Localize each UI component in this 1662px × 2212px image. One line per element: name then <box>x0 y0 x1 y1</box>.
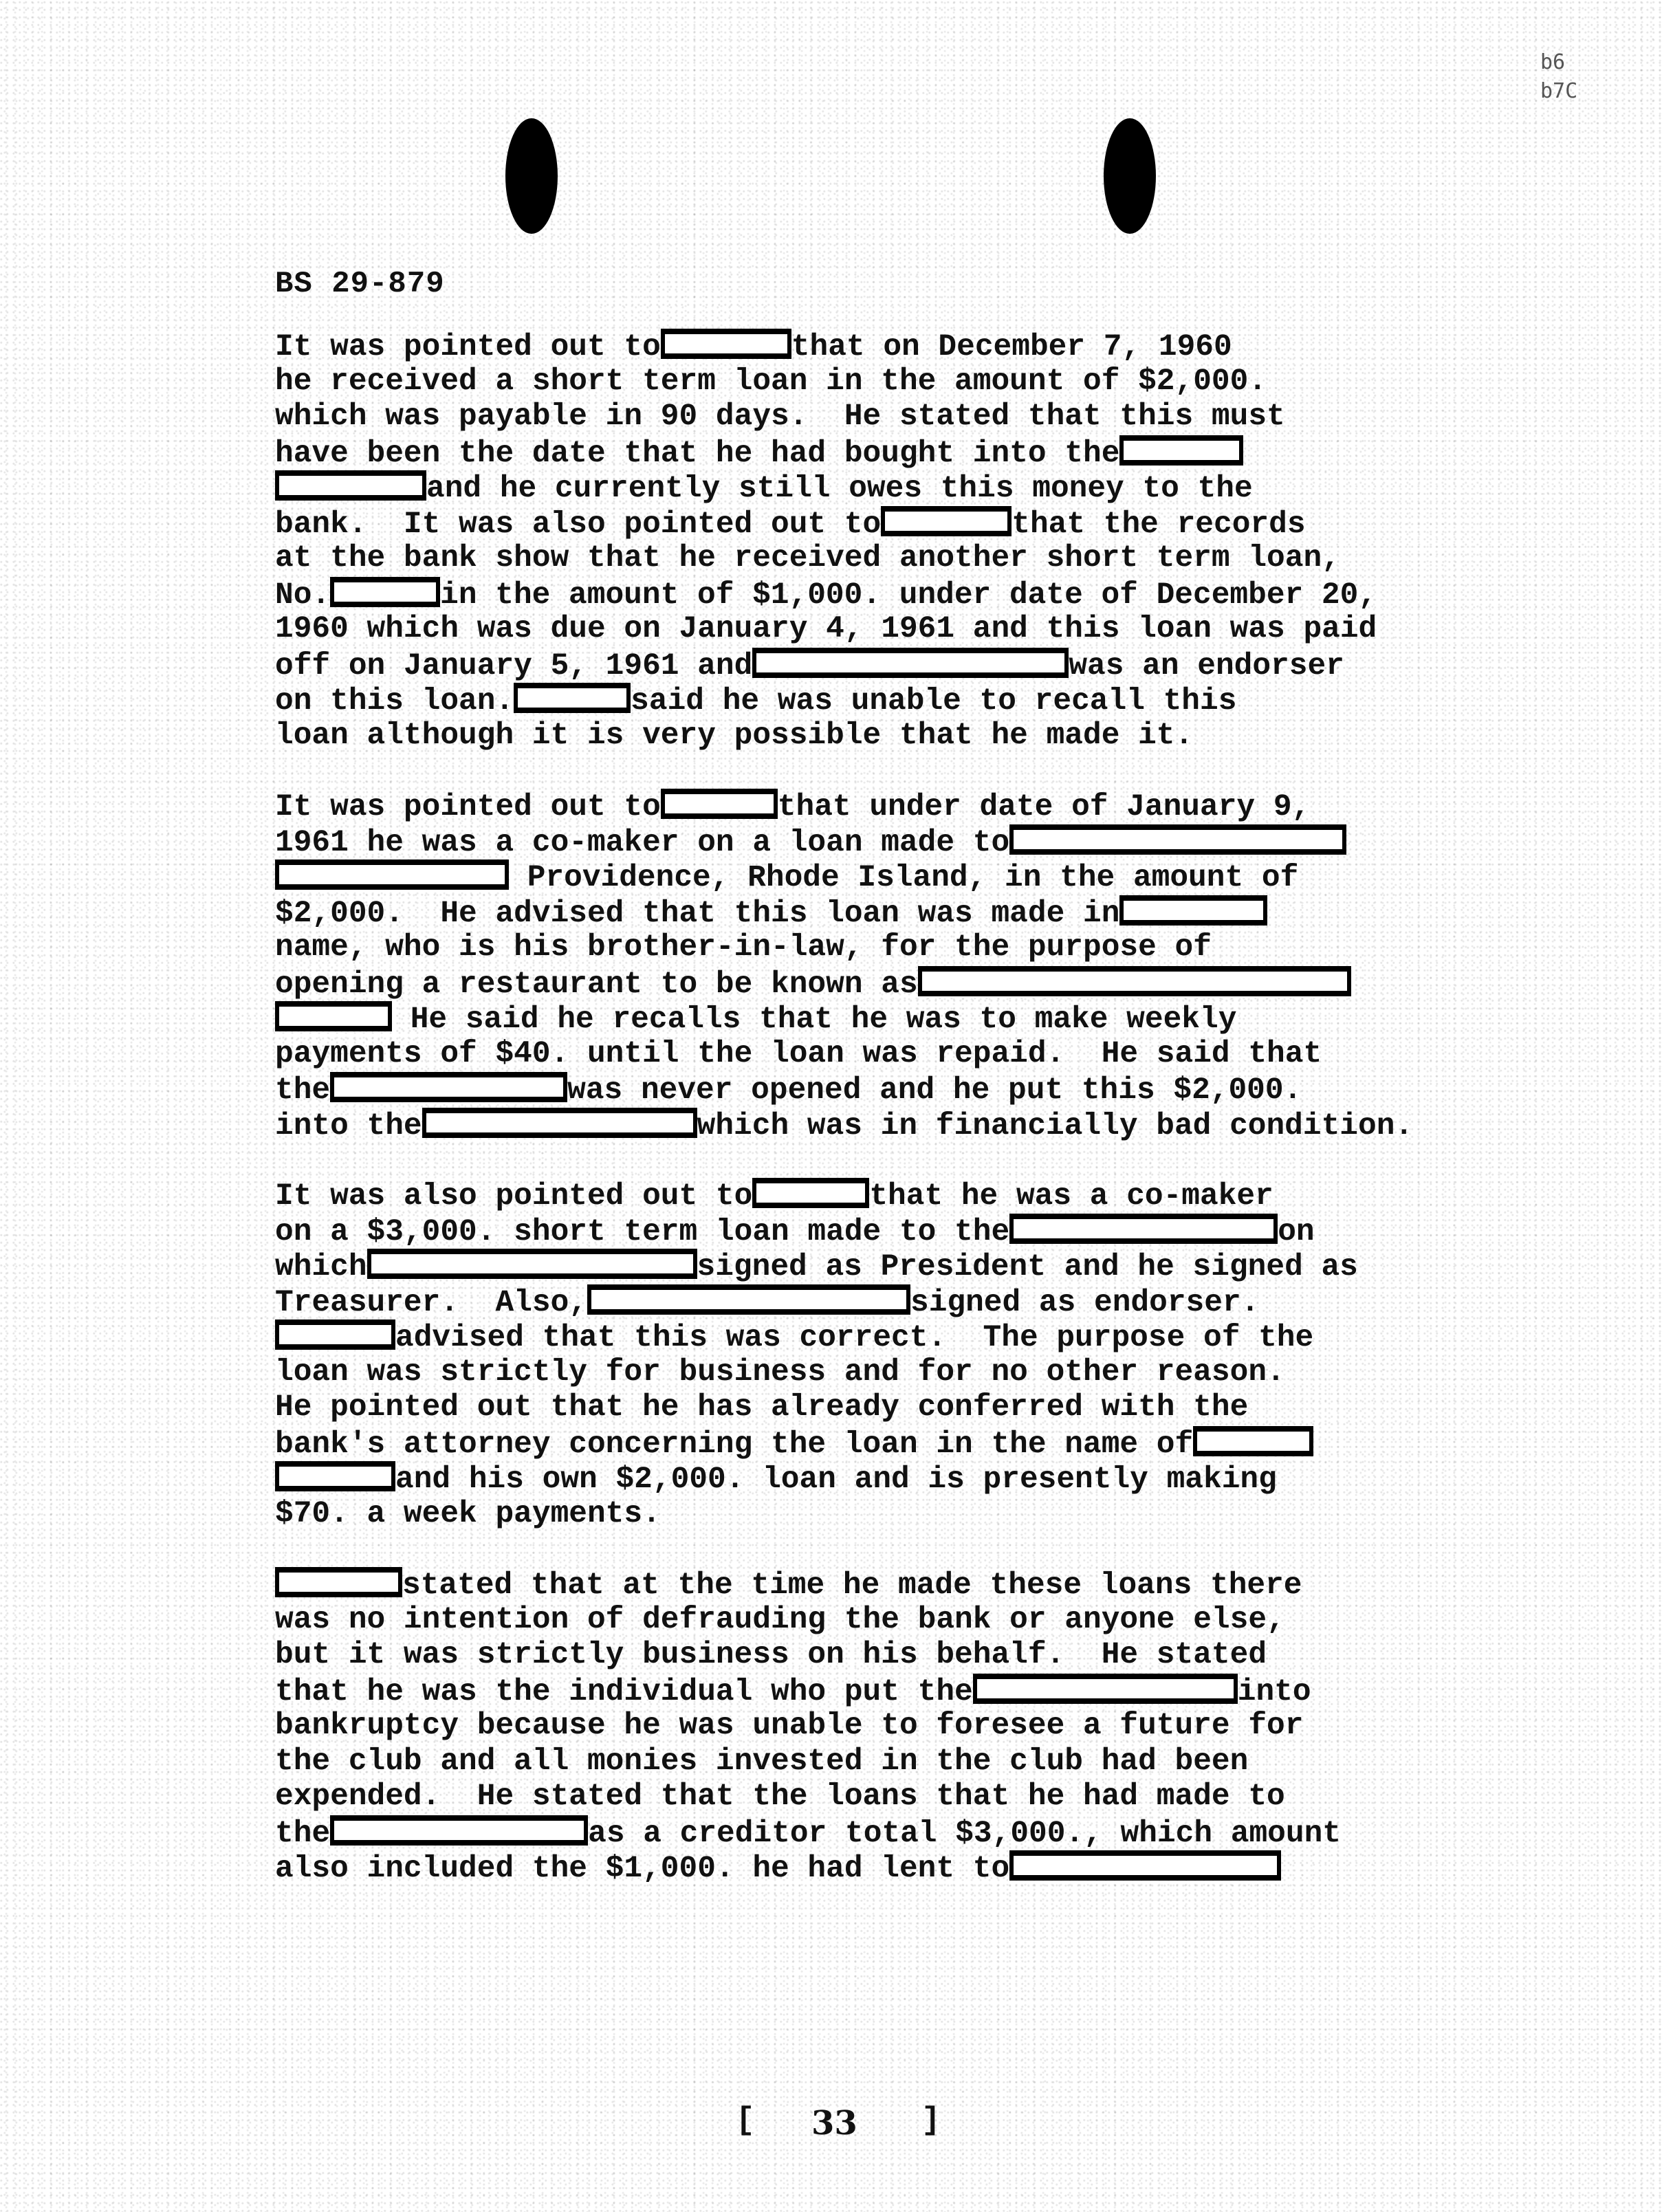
text-line: 1960 which was due on January 4, 1961 an… <box>275 612 1485 648</box>
text-line: have been the date that he had bought in… <box>275 435 1485 471</box>
redaction-box <box>330 577 440 607</box>
redaction-box <box>275 1319 395 1350</box>
text-run: loan although it is very possible that h… <box>275 719 1193 753</box>
text-run: Providence, Rhode Island, in the amount … <box>509 861 1298 895</box>
text-line: loan was strictly for business and for n… <box>275 1355 1485 1391</box>
punch-hole-right <box>1104 118 1156 234</box>
paragraph: stated that at the time he made these lo… <box>275 1567 1485 1886</box>
text-line: It was pointed out tothat under date of … <box>275 789 1485 824</box>
redaction-box <box>752 648 1069 678</box>
text-line: which was payable in 90 days. He stated … <box>275 399 1485 435</box>
text-run: that the records <box>1012 507 1305 542</box>
text-run: which was in financially bad condition. <box>697 1109 1413 1143</box>
text-run: which was payable in 90 days. He stated … <box>275 399 1285 434</box>
text-run: in the amount of $1,000. under date of D… <box>440 578 1377 613</box>
text-run: and his own $2,000. loan and is presentl… <box>395 1463 1277 1497</box>
text-run: as a creditor total $3,000., which amoun… <box>588 1817 1341 1851</box>
exemption-code-b7c: b7C <box>1540 77 1577 106</box>
redaction-box <box>587 1284 910 1315</box>
text-line: whichsigned as President and he signed a… <box>275 1249 1485 1284</box>
redaction-box <box>918 966 1351 996</box>
text-run: was never opened and he put this $2,000. <box>567 1073 1302 1108</box>
text-line: into thewhich was in financially bad con… <box>275 1108 1485 1143</box>
text-line: It was pointed out tothat on December 7,… <box>275 329 1485 364</box>
redaction-box <box>973 1674 1238 1704</box>
text-line: bank. It was also pointed out tothat the… <box>275 506 1485 542</box>
text-line: $2,000. He advised that this loan was ma… <box>275 895 1485 931</box>
text-run: He said he recalls that he was to make w… <box>392 1003 1236 1037</box>
page-mark-right: ] <box>921 2103 941 2138</box>
redaction-box <box>422 1108 697 1138</box>
text-line: Treasurer. Also,signed as endorser. <box>275 1284 1485 1320</box>
text-line: opening a restaurant to be known as <box>275 966 1485 1002</box>
text-run: loan was strictly for business and for n… <box>275 1355 1285 1390</box>
redaction-box <box>275 1567 402 1597</box>
redaction-box <box>275 470 426 501</box>
text-line: expended. He stated that the loans that … <box>275 1780 1485 1815</box>
text-line: name, who is his brother-in-law, for the… <box>275 930 1485 966</box>
punch-hole-left <box>505 118 558 234</box>
text-run: into <box>1238 1675 1311 1709</box>
redaction-box <box>1009 824 1346 855</box>
text-run: opening a restaurant to be known as <box>275 967 918 1002</box>
text-run: payments of $40. until the loan was repa… <box>275 1037 1322 1071</box>
text-line: advised that this was correct. The purpo… <box>275 1319 1485 1355</box>
text-run: off on January 5, 1961 and <box>275 649 752 683</box>
text-run: the <box>275 1817 330 1851</box>
text-line: at the bank show that he received anothe… <box>275 541 1485 577</box>
text-line: It was also pointed out tothat he was a … <box>275 1178 1485 1214</box>
text-run: said he was unable to recall this <box>631 684 1236 719</box>
page-number: 33 <box>811 2104 857 2143</box>
text-line: payments of $40. until the loan was repa… <box>275 1037 1485 1073</box>
text-run: bankruptcy because he was unable to fore… <box>275 1709 1303 1743</box>
text-run: It was also pointed out to <box>275 1179 752 1214</box>
redaction-box <box>367 1249 697 1279</box>
text-run: 1960 which was due on January 4, 1961 an… <box>275 612 1377 646</box>
text-run: on <box>1278 1215 1314 1249</box>
text-line: loan although it is very possible that h… <box>275 719 1485 754</box>
text-run: on a $3,000. short term loan made to the <box>275 1215 1009 1249</box>
text-line: He said he recalls that he was to make w… <box>275 1001 1485 1037</box>
text-run: No. <box>275 578 330 613</box>
text-run: It was pointed out to <box>275 790 661 824</box>
text-run: was an endorser <box>1069 649 1344 683</box>
text-line: also included the $1,000. he had lent to <box>275 1850 1485 1886</box>
exemption-code-b6: b6 <box>1540 48 1577 77</box>
text-run: also included the $1,000. he had lent to <box>275 1852 1009 1886</box>
text-line: but it was strictly business on his beha… <box>275 1638 1485 1674</box>
text-run: stated that at the time he made these lo… <box>402 1568 1302 1603</box>
text-line: was no intention of defrauding the bank … <box>275 1603 1485 1639</box>
text-run: the club and all monies invested in the … <box>275 1744 1248 1779</box>
text-line: that he was the individual who put thein… <box>275 1674 1485 1709</box>
text-run: he received a short term loan in the amo… <box>275 364 1267 399</box>
text-run: 1961 he was a co-maker on a loan made to <box>275 826 1009 860</box>
text-run: Treasurer. Also, <box>275 1286 587 1320</box>
file-number: BS 29-879 <box>275 267 445 301</box>
redaction-box <box>1119 435 1243 466</box>
text-run: on this loan. <box>275 684 514 719</box>
paragraph: It was pointed out tothat under date of … <box>275 789 1485 1143</box>
text-line: theas a creditor total $3,000., which am… <box>275 1815 1485 1851</box>
text-run: He pointed out that he has already confe… <box>275 1390 1248 1425</box>
text-line: $70. a week payments. <box>275 1497 1485 1533</box>
paragraph: It was also pointed out tothat he was a … <box>275 1178 1485 1532</box>
text-run: but it was strictly business on his beha… <box>275 1638 1267 1672</box>
redaction-box <box>275 1001 392 1031</box>
text-line: and his own $2,000. loan and is presentl… <box>275 1461 1485 1497</box>
text-line: stated that at the time he made these lo… <box>275 1567 1485 1603</box>
redaction-box <box>275 859 509 890</box>
text-run: the <box>275 1073 330 1108</box>
page-mark-left: [ <box>736 2103 755 2138</box>
text-run: $70. a week payments. <box>275 1497 661 1531</box>
redaction-box <box>514 683 631 713</box>
document-body: It was pointed out tothat on December 7,… <box>275 329 1485 1921</box>
text-run: have been the date that he had bought in… <box>275 437 1119 471</box>
text-run: advised that this was correct. The purpo… <box>395 1321 1313 1355</box>
redaction-box <box>1119 895 1267 926</box>
redaction-box <box>661 789 778 819</box>
text-run: that under date of January 9, <box>778 790 1310 824</box>
text-line: and he currently still owes this money t… <box>275 470 1485 506</box>
paragraph: It was pointed out tothat on December 7,… <box>275 329 1485 754</box>
text-run: bank's attorney concerning the loan in t… <box>275 1427 1193 1462</box>
text-line: the club and all monies invested in the … <box>275 1744 1485 1780</box>
text-run: $2,000. He advised that this loan was ma… <box>275 897 1119 931</box>
text-line: 1961 he was a co-maker on a loan made to <box>275 824 1485 860</box>
text-run: bank. It was also pointed out to <box>275 507 881 542</box>
text-line: on this loan.said he was unable to recal… <box>275 683 1485 719</box>
text-line: bankruptcy because he was unable to fore… <box>275 1709 1485 1744</box>
text-line: he received a short term loan in the amo… <box>275 364 1485 400</box>
redaction-box <box>661 329 791 359</box>
redaction-box <box>1009 1850 1281 1881</box>
redaction-box <box>1193 1426 1313 1456</box>
text-run: that he was the individual who put the <box>275 1675 973 1709</box>
text-run: that on December 7, 1960 <box>791 330 1232 364</box>
text-run: at the bank show that he received anothe… <box>275 541 1340 576</box>
text-run: name, who is his brother-in-law, for the… <box>275 930 1212 965</box>
redaction-box <box>275 1461 395 1491</box>
exemption-codes: b6 b7C <box>1540 48 1577 106</box>
text-run: signed as endorser. <box>910 1286 1259 1320</box>
text-line: He pointed out that he has already confe… <box>275 1390 1485 1426</box>
redaction-box <box>330 1072 567 1102</box>
text-run: into the <box>275 1109 422 1143</box>
text-run: expended. He stated that the loans that … <box>275 1780 1285 1814</box>
text-run: and he currently still owes this money t… <box>426 472 1253 506</box>
text-run: was no intention of defrauding the bank … <box>275 1603 1285 1637</box>
text-run: which <box>275 1250 367 1284</box>
text-line: Providence, Rhode Island, in the amount … <box>275 859 1485 895</box>
text-line: on a $3,000. short term loan made to the… <box>275 1214 1485 1249</box>
redaction-box <box>1009 1214 1278 1244</box>
text-line: off on January 5, 1961 andwas an endorse… <box>275 648 1485 683</box>
text-run: signed as President and he signed as <box>697 1250 1358 1284</box>
redaction-box <box>330 1815 588 1846</box>
text-run: that he was a co-maker <box>869 1179 1273 1214</box>
redaction-box <box>881 506 1012 536</box>
text-line: thewas never opened and he put this $2,0… <box>275 1072 1485 1108</box>
text-line: No.in the amount of $1,000. under date o… <box>275 577 1485 613</box>
text-line: bank's attorney concerning the loan in t… <box>275 1426 1485 1462</box>
text-run: It was pointed out to <box>275 330 661 364</box>
redaction-box <box>752 1178 869 1208</box>
